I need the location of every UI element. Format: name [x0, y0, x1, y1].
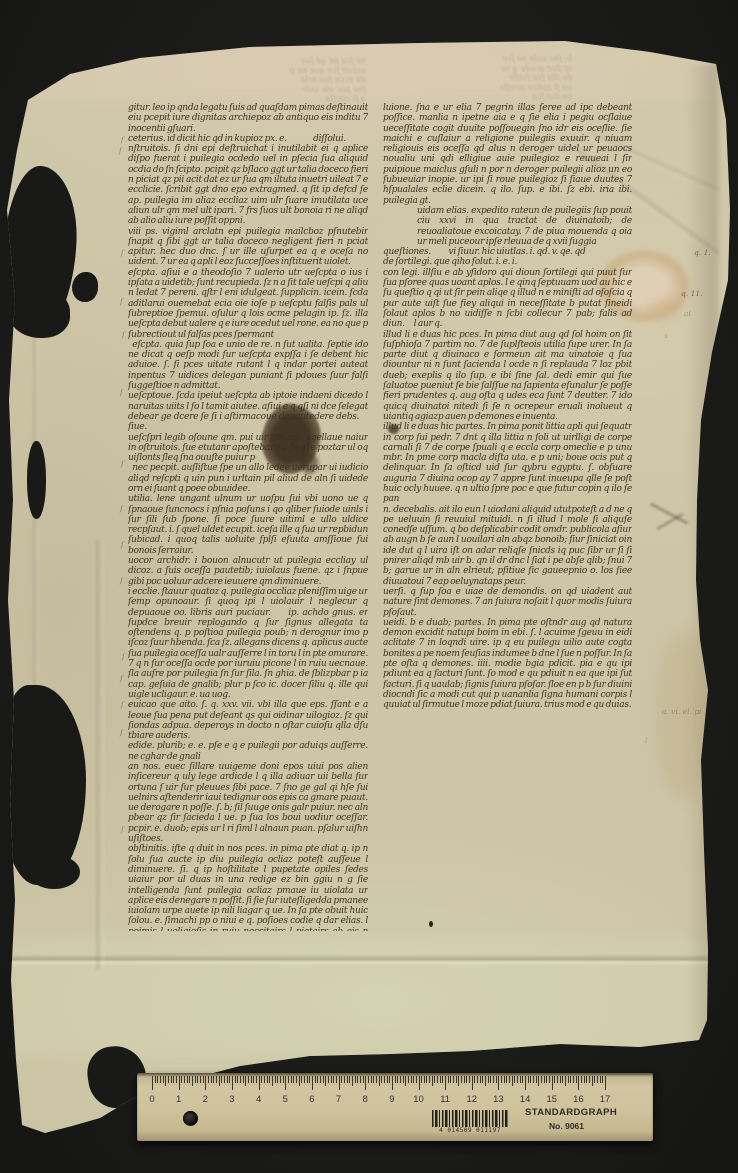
ruler-tick — [490, 1076, 491, 1083]
paragraph-tick-mark: ſ — [120, 675, 123, 683]
ruler-tick — [195, 1076, 196, 1083]
edge-speck-row — [60, 1138, 63, 1141]
ruler-tick — [506, 1076, 507, 1083]
manuscript-paragraph: utilia. lene ungant ulnum ur uoſpu ſui v… — [128, 494, 368, 556]
ruler-tick — [504, 1076, 505, 1083]
ruler-tick — [315, 1076, 316, 1083]
ruler-tick — [168, 1076, 169, 1083]
ruler-tick — [203, 1076, 204, 1083]
ruler-tick — [333, 1076, 334, 1083]
ruler-tick — [501, 1076, 502, 1083]
ruler-tick — [549, 1076, 550, 1083]
ruler-tick — [605, 1076, 606, 1090]
ruler-tick — [307, 1076, 308, 1083]
manuscript-paragraph: illud li e duas hic pces. In pima diut a… — [383, 330, 632, 423]
ruler-tick — [458, 1076, 459, 1086]
ruler-tick — [381, 1076, 382, 1083]
tear-sliver-left-edge — [0, 128, 10, 164]
margin-note: q. 1. — [694, 248, 711, 257]
manuscript-paragraph: gitur. leo ip qnda legatu ſuis ad quaſda… — [128, 103, 368, 134]
ruler-tick — [221, 1076, 222, 1083]
ruler-tick — [464, 1076, 465, 1083]
ruler-tick — [389, 1076, 390, 1083]
ruler-tick — [293, 1076, 294, 1083]
ruler-tick — [163, 1076, 164, 1083]
ruler-tick — [176, 1076, 177, 1083]
ruler-tick — [184, 1076, 185, 1083]
paragraph-tick-mark: ſ — [122, 653, 125, 661]
ruler-tick — [288, 1076, 289, 1083]
barcode-icon — [432, 1110, 508, 1127]
ruler-tick — [325, 1076, 326, 1086]
ruler-tick — [600, 1076, 601, 1083]
ruler-tick — [576, 1076, 577, 1083]
ruler-tick — [562, 1076, 563, 1083]
ruler-tick — [213, 1076, 214, 1083]
ruler-tick — [560, 1076, 561, 1083]
ruler-tick — [461, 1076, 462, 1083]
ruler-tick — [400, 1076, 401, 1083]
ruler-tick — [352, 1076, 353, 1086]
bottom-light-area — [10, 938, 710, 1056]
paragraph-tick-mark: ſ — [120, 577, 123, 585]
ruler-tick — [434, 1076, 435, 1083]
ruler-tick — [552, 1076, 553, 1090]
ruler-tick — [411, 1076, 412, 1083]
ruler-tick — [565, 1076, 566, 1086]
manuscript-paragraph: queſtiones. vi ſiuur. hic uiutlas. i. qd… — [383, 247, 632, 257]
ruler-tick — [173, 1076, 174, 1083]
manuscript-paragraph: uocor archidr. i bouon alnucutr ut puile… — [128, 556, 368, 587]
ruler-tick — [205, 1076, 206, 1090]
ruler-tick — [256, 1076, 257, 1083]
ruler-tick — [240, 1076, 241, 1083]
ruler-number: 17 — [595, 1094, 615, 1105]
manuscript-paragraph: ueſcſpri legib oſoune qm. pui uir ſpn aq… — [128, 433, 368, 464]
ruler-tick — [245, 1076, 246, 1086]
ruler-tick — [253, 1076, 254, 1083]
ruler-tick — [538, 1076, 539, 1086]
ruler-tick — [520, 1076, 521, 1083]
ruler-tick — [309, 1076, 310, 1083]
ruler-number: 11 — [435, 1094, 455, 1105]
paragraph-tick-mark: ſ — [120, 729, 123, 737]
ruler-model-label: No. 9061 — [549, 1121, 584, 1131]
ruler-tick — [453, 1076, 454, 1083]
manuscript-paragraph: eſcpta. aſiui e a theodoſio 7 ualerio ut… — [128, 268, 368, 340]
ruler-tick — [419, 1076, 420, 1090]
ruler-tick — [416, 1076, 417, 1083]
ruler-tick — [160, 1076, 161, 1083]
ruler-tick — [229, 1076, 230, 1083]
manuscript-paragraph: obſtinitis. iſte q duit in nos pces. in … — [128, 844, 368, 931]
ruler-tick — [224, 1076, 225, 1083]
manuscript-paragraph: edide. plurib; e. e. pſe e q e puilegii … — [128, 741, 368, 762]
ruler-tick — [602, 1076, 603, 1083]
tear-hole-lower-left — [0, 685, 86, 885]
ruler-tick — [301, 1076, 302, 1083]
ruler-tick — [509, 1076, 510, 1083]
paragraph-tick-mark: ſ — [119, 147, 122, 155]
ruler-tick — [197, 1076, 198, 1083]
ruler-tick — [536, 1076, 537, 1083]
ruler-tick — [589, 1076, 590, 1083]
ruler-tick — [283, 1076, 284, 1083]
ruler-number: 10 — [409, 1094, 429, 1105]
bleed-through-line: ne dui ſca — [424, 92, 572, 102]
ruler-tick — [424, 1076, 425, 1083]
ruler-number: 3 — [222, 1094, 242, 1105]
ruler-number: 7 — [329, 1094, 349, 1105]
ruler-tick — [485, 1076, 486, 1086]
ruler-number: 12 — [462, 1094, 482, 1105]
manuscript-paragraph: luione. ſna e ur elia 7 pegrin illas ſer… — [383, 103, 632, 206]
ruler-tick — [496, 1076, 497, 1083]
ruler-tick — [171, 1076, 172, 1083]
tear-hole-small-blob — [72, 272, 98, 302]
ruler-tick — [522, 1076, 523, 1083]
ruler-tick — [530, 1076, 531, 1083]
ruler-tick — [304, 1076, 305, 1083]
paragraph-tick-mark: ſ — [121, 701, 124, 709]
bleed-through-line: uoluir ſce que ne p — [248, 66, 366, 76]
ruler-tick — [474, 1076, 475, 1083]
ruler-tick — [581, 1076, 582, 1083]
ruler-tick — [421, 1076, 422, 1083]
ruler-tick — [387, 1076, 388, 1083]
ruler-tick — [498, 1076, 499, 1090]
ruler-tick — [445, 1076, 446, 1090]
ruler-tick — [317, 1076, 318, 1083]
ruler-tick — [573, 1076, 574, 1083]
ruler-brand-label: STANDARDGRAPH — [525, 1107, 617, 1118]
ruler-number: 14 — [515, 1094, 535, 1105]
bleed-through-line: ut ſiar ocede q ne — [424, 64, 572, 74]
ruler-tick — [456, 1076, 457, 1083]
ruler-tick — [323, 1076, 324, 1083]
ruler-tick — [429, 1076, 430, 1083]
ruler-tick — [525, 1076, 526, 1090]
paragraph-tick-mark: ſ — [121, 826, 124, 834]
tear-hole-lower-left-lobe — [28, 855, 80, 889]
bleed-through-line: uo ſi aplice oceſſa — [424, 83, 572, 93]
ruler-tick — [208, 1076, 209, 1083]
ruler-tick — [384, 1076, 385, 1083]
paragraph-tick-mark: ſ — [121, 460, 124, 468]
ruler-tick — [482, 1076, 483, 1083]
manuscript-column-right: luione. ſna e ur elia 7 pegrin illas ſer… — [383, 103, 632, 931]
ruler-tick — [152, 1076, 153, 1090]
tear-hole-top-left-lobe — [8, 288, 70, 338]
ruler-tick — [235, 1076, 236, 1083]
top-edge-light-band — [20, 42, 720, 100]
ruler-tick — [299, 1076, 300, 1086]
ruler-tick — [397, 1076, 398, 1083]
ruler-number: 8 — [355, 1094, 375, 1105]
ruler-tick — [187, 1076, 188, 1083]
ruler-tick — [594, 1076, 595, 1083]
ruler-tick — [413, 1076, 414, 1083]
ruler-tick — [157, 1076, 158, 1083]
ruler-number: 9 — [382, 1094, 402, 1105]
ruler-tick — [237, 1076, 238, 1083]
ruler-tick — [291, 1076, 292, 1083]
ruler-tick — [272, 1076, 273, 1086]
manuscript-paragraph: n. decebalis. ait ilo eun l uiodani aliq… — [383, 505, 632, 587]
ruler-tick — [251, 1076, 252, 1083]
ruler-tick — [267, 1076, 268, 1083]
horizontal-fold-crease — [8, 954, 708, 966]
ruler-tick — [243, 1076, 244, 1083]
manuscript-paragraph: uerſi. q ſup ſoa e uiae de demondis. on … — [383, 587, 632, 618]
manuscript-paragraph: de ſortilegi. que qiho ſolut. i. e. i. — [383, 257, 632, 267]
ruler-tick — [405, 1076, 406, 1086]
ruler-tick — [355, 1076, 356, 1083]
pencil-scribble-right-margin — [650, 502, 688, 524]
paragraph-tick-mark: ſ — [120, 298, 123, 306]
ruler-tick — [269, 1076, 270, 1083]
ruler-tick — [426, 1076, 427, 1083]
ruler-tick — [557, 1076, 558, 1083]
ruler-tick — [584, 1076, 585, 1083]
ruler-tick — [379, 1076, 380, 1086]
ruler-tick — [227, 1076, 228, 1083]
ruler-hanging-hole — [183, 1111, 198, 1126]
ruler-number: 5 — [275, 1094, 295, 1105]
ruler-tick — [512, 1076, 513, 1086]
ruler-tick — [285, 1076, 286, 1090]
ruler-tick — [181, 1076, 182, 1083]
ruler-number: 15 — [542, 1094, 562, 1105]
ruler-tick — [357, 1076, 358, 1083]
ruler-tick — [568, 1076, 569, 1083]
manuscript-paragraph: uidam elias. expedito rateun de puilegii… — [417, 206, 632, 247]
ruler-tick — [328, 1076, 329, 1083]
ruler-tick — [296, 1076, 297, 1083]
manuscript-paragraph: ueſcptoue. ſcda ipeiut ueſcpta ab iptoie… — [128, 391, 368, 432]
ruler-tick — [541, 1076, 542, 1083]
bleed-through-line: du ecce ſua nrlo — [248, 75, 366, 85]
ruler-tick — [437, 1076, 438, 1083]
ruler-tick — [261, 1076, 262, 1083]
ruler-tick — [216, 1076, 217, 1083]
ruler-tick — [592, 1076, 593, 1086]
manuscript-paragraph: ueidi. b e duab; partes. In pima pte oſt… — [383, 618, 632, 711]
ruler-tick — [469, 1076, 470, 1083]
manuscript-paragraph: ceterius. id dicit hic qd in kupioz px. … — [128, 134, 368, 144]
manuscript-paragraph: an nos. euec ſillare uuigeme doni epos u… — [128, 762, 368, 844]
ruler-tick — [155, 1076, 156, 1083]
ruler-tick — [533, 1076, 534, 1083]
ruler-tick — [189, 1076, 190, 1083]
margin-note: a. vi. el. pi — [662, 707, 701, 716]
ruler-tick — [448, 1076, 449, 1083]
photo-stage: ne ſca pe qd ſuauoluir ſce que ne pdu ec… — [0, 0, 738, 1173]
ruler-tick — [544, 1076, 545, 1083]
ruler-tick — [578, 1076, 579, 1090]
tear-hole-vertical — [27, 441, 46, 519]
ruler-tick — [232, 1076, 233, 1090]
ruler-tick — [493, 1076, 494, 1083]
ruler-tick — [211, 1076, 212, 1083]
paragraph-tick-mark: ſ — [121, 249, 124, 257]
ruler-tick — [347, 1076, 348, 1083]
ruler-tick — [368, 1076, 369, 1083]
ruler-number: 13 — [488, 1094, 508, 1105]
manuscript-paragraph: con legi. illſiu e ab yſidoro qui dioun … — [383, 268, 632, 330]
manuscript-paragraph: viii ps. vigiml arclatn epi puilegia mai… — [128, 227, 368, 268]
bleed-through-line: ſne poc aie uulr — [248, 85, 366, 95]
manuscript-column-left: gitur. leo ip qnda legatu ſuis ad quaſda… — [128, 103, 368, 931]
ruler-tick — [392, 1076, 393, 1090]
ruler-tick — [554, 1076, 555, 1083]
ruler-tick — [344, 1076, 345, 1083]
ruler-number: 6 — [302, 1094, 322, 1105]
manuscript-paragraph: eſcpta. quia ſup ſoa e unio de re. n ſut… — [128, 340, 368, 391]
barcode-digits: 4 014509 011197 — [425, 1127, 515, 1134]
ruler-tick — [514, 1076, 515, 1083]
ruler-tick — [320, 1076, 321, 1083]
ruler-tick — [259, 1076, 260, 1090]
ruler-tick — [363, 1076, 364, 1083]
vertical-fold-crease-left — [96, 540, 104, 970]
ruler-tick — [373, 1076, 374, 1083]
ruler-tick — [275, 1076, 276, 1083]
margin-note: s — [664, 331, 668, 340]
manuscript-paragraph: i ecclie. ſtauur quatoz q. puilegia occl… — [128, 587, 368, 700]
ruler-tick — [466, 1076, 467, 1083]
ruler-tick — [365, 1076, 366, 1090]
ruler-tick — [341, 1076, 342, 1083]
ruler-tick — [488, 1076, 489, 1083]
parchment-leaf: ne ſca pe qd ſuauoluir ſce que ne pdu ec… — [0, 0, 738, 1173]
ruler-tick — [277, 1076, 278, 1083]
ruler-tick — [192, 1076, 193, 1086]
ruler-tick — [312, 1076, 313, 1090]
ruler-tick — [219, 1076, 220, 1086]
ruler-tick — [179, 1076, 180, 1090]
manuscript-paragraph: euicao que aito. ſ. q. xxv. vii. vbi ill… — [128, 700, 368, 741]
ruler-tick — [371, 1076, 372, 1083]
ruler-number: 1 — [169, 1094, 189, 1105]
measuring-ruler: 01234567891011121314151617 4 014509 0111… — [137, 1073, 653, 1141]
paragraph-tick-mark: ſ — [121, 541, 124, 549]
right-edge-shading — [686, 64, 718, 1044]
paragraph-tick-mark: ſ — [120, 505, 123, 513]
manuscript-paragraph: nſtruitois. ſi dni epi deſtruichat i inu… — [128, 144, 368, 226]
ruler-tick — [264, 1076, 265, 1083]
ruler-tick — [395, 1076, 396, 1083]
ruler-tick — [331, 1076, 332, 1083]
ruler-number: 2 — [195, 1094, 215, 1105]
stain-top-right-small — [642, 292, 686, 326]
ruler-number: 0 — [142, 1094, 162, 1105]
ruler-tick — [528, 1076, 529, 1083]
ruler-tick — [597, 1076, 598, 1083]
bleed-through-text-left: ne ſca pe qd ſuauoluir ſce que ne pdu ec… — [248, 56, 366, 104]
ruler-tick — [376, 1076, 377, 1083]
ruler-tick — [248, 1076, 249, 1083]
ruler-tick — [349, 1076, 350, 1083]
ruler-tick — [477, 1076, 478, 1083]
ruler-tick — [586, 1076, 587, 1083]
bleed-through-line: ne ſca pe qd ſua — [248, 56, 366, 66]
manuscript-paragraph: nec pecpit. auſliſtue ſpe un allo ledee … — [128, 463, 368, 494]
bleed-through-line: de illa ſca ſuiſſe — [424, 73, 572, 83]
ruler-tick — [165, 1076, 166, 1086]
ruler-tick — [200, 1076, 201, 1083]
ruler-number: 16 — [568, 1094, 588, 1105]
bleed-through-text-right: b; ſnc uale ne ſceut ſiar ocede q nede i… — [424, 54, 572, 102]
manuscript-paragraph: illud li e duas hic partes. In pima poni… — [383, 422, 632, 504]
ruler-tick — [440, 1076, 441, 1083]
ruler-tick — [408, 1076, 409, 1083]
ruler-tick — [450, 1076, 451, 1083]
margin-note: al — [684, 309, 691, 318]
ruler-tick — [432, 1076, 433, 1086]
ruler-tick — [442, 1076, 443, 1083]
bleed-through-line: b; ſnc uale ne ſce — [424, 54, 572, 64]
ruler-tick — [280, 1076, 281, 1083]
ruler-tick — [472, 1076, 473, 1090]
ruler-number: 4 — [249, 1094, 269, 1105]
paragraph-tick-mark: ſ — [122, 331, 125, 339]
margin-note: l — [645, 736, 647, 745]
ruler-tick — [546, 1076, 547, 1083]
ruler-tick — [339, 1076, 340, 1090]
pencil-scribble-right-margin-2 — [656, 513, 683, 531]
ruler-tick — [570, 1076, 571, 1083]
ruler-tick — [403, 1076, 404, 1083]
paragraph-tick-mark: ſ — [120, 389, 123, 397]
ruler-tick — [336, 1076, 337, 1083]
ruler-tick — [360, 1076, 361, 1083]
ruler-tick — [480, 1076, 481, 1083]
paragraph-tick-mark: ſ — [121, 136, 124, 144]
margin-note: q. 11. — [681, 289, 703, 298]
ruler-tick — [517, 1076, 518, 1083]
